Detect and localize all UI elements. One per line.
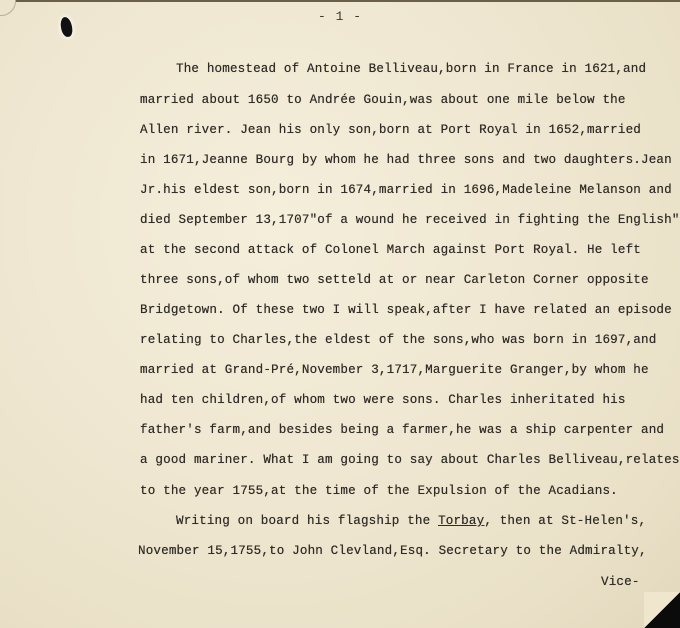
- text-line: had ten children,of whom two were sons. …: [140, 393, 626, 407]
- text-line: three sons,of whom two setteld at or nea…: [140, 273, 649, 287]
- ship-name-underlined: Torbay: [438, 514, 484, 528]
- text-line: Allen river. Jean his only son,born at P…: [140, 123, 641, 137]
- text-line: in 1671,Jeanne Bourg by whom he had thre…: [140, 153, 672, 167]
- text-line: married about 1650 to Andrée Gouin,was a…: [140, 93, 626, 107]
- document-page: - 1 - The homestead of Antoine Belliveau…: [0, 0, 680, 628]
- text-line: to the year 1755,at the time of the Expu…: [140, 484, 618, 498]
- text-line: died September 13,1707"of a wound he rec…: [140, 213, 680, 227]
- page-top-edge: [0, 0, 680, 2]
- text-line: at the second attack of Colonel March ag…: [140, 243, 641, 257]
- text-segment: , then at St-Helen's,: [484, 514, 646, 528]
- text-line: November 15,1755,to John Clevland,Esq. S…: [138, 544, 647, 558]
- text-line: Bridgetown. Of these two I will speak,af…: [140, 303, 672, 317]
- text-line: married at Grand-Pré,November 3,1717,Mar…: [140, 363, 649, 377]
- text-line: relating to Charles,the eldest of the so…: [140, 333, 656, 347]
- text-line: The homestead of Antoine Belliveau,born …: [176, 62, 646, 76]
- text-segment: Writing on board his flagship the: [176, 514, 438, 528]
- text-line: Jr.his eldest son,born in 1674,married i…: [140, 183, 672, 197]
- text-line: father's farm,and besides being a farmer…: [140, 423, 664, 437]
- folded-corner: [644, 592, 680, 628]
- text-line: Writing on board his flagship the Torbay…: [176, 514, 646, 528]
- text-line: a good mariner. What I am going to say a…: [140, 453, 680, 467]
- catchword: Vice-: [601, 575, 640, 589]
- page-number: - 1 -: [0, 9, 680, 24]
